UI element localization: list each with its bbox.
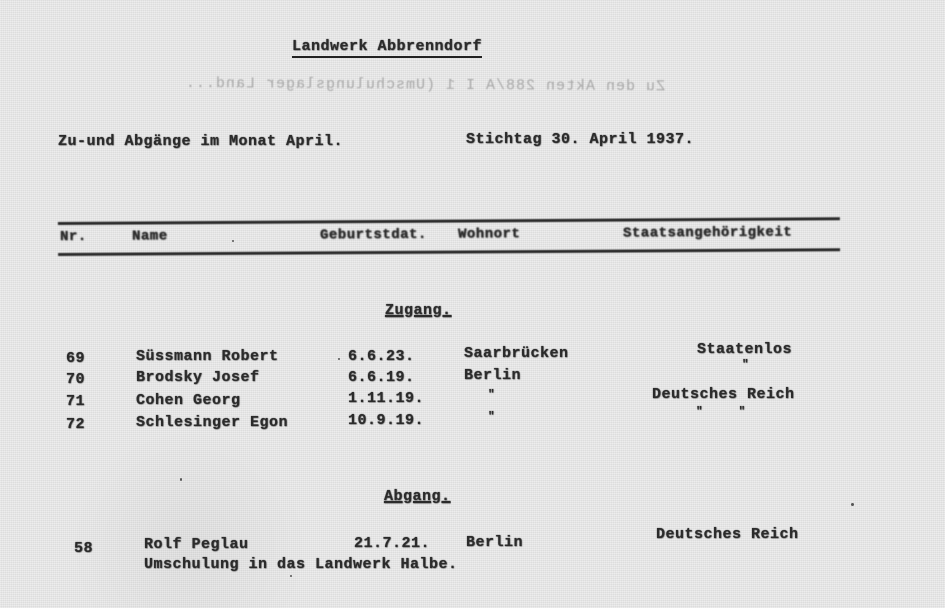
table-header: Nr. Name Geburtstdat. Wohnort Staatsange… bbox=[58, 217, 840, 256]
scan-speck bbox=[232, 240, 234, 242]
scanned-document-page: Zu den Akten 288/A I 1 (Umschulungslager… bbox=[0, 0, 945, 608]
bleed-through-text: Zu den Akten 288/A I 1 (Umschulungslager… bbox=[0, 74, 665, 96]
row-birth-date: 6.6.19. bbox=[348, 369, 415, 386]
row-birth-date: 6.6.23. bbox=[348, 348, 415, 365]
row-nr: 58 bbox=[74, 540, 93, 557]
row-birth-date: 10.9.19. bbox=[348, 412, 424, 429]
row-name: Süssmann Robert bbox=[136, 348, 279, 365]
row-citizenship: " bbox=[742, 359, 749, 371]
row-nr: 71 bbox=[66, 393, 85, 410]
header-birth-date: Geburtstdat. bbox=[320, 227, 427, 244]
scan-speck bbox=[290, 575, 292, 577]
row-citizenship: Deutsches Reich bbox=[652, 386, 795, 403]
subheading-movements: Zu-und Abgänge im Monat April. bbox=[58, 133, 343, 150]
row-citizenship: Staatenlos bbox=[697, 341, 792, 358]
header-residence: Wohnort bbox=[458, 226, 520, 242]
header-citizenship: Staatsangehörigkeit bbox=[623, 225, 792, 242]
subheading-reference-date: Stichtag 30. April 1937. bbox=[466, 131, 694, 148]
row-citizenship: " " bbox=[696, 406, 746, 418]
row-citizenship: Deutsches Reich bbox=[656, 526, 799, 543]
scan-speck bbox=[851, 503, 854, 506]
row-birth-date: 1.11.19. bbox=[348, 390, 424, 407]
row-name: Rolf Peglau bbox=[144, 536, 249, 553]
header-name: Name bbox=[132, 228, 168, 244]
row-nr: 72 bbox=[66, 416, 85, 433]
row-nr: 70 bbox=[66, 371, 85, 388]
row-residence: Saarbrücken bbox=[464, 345, 569, 362]
section-label-arrivals: Zugang. bbox=[385, 302, 452, 319]
document-title: Landwerk Abbrenndorf bbox=[292, 38, 482, 58]
row-residence: Berlin bbox=[464, 367, 521, 384]
row-nr: 69 bbox=[66, 350, 85, 367]
row-residence: " bbox=[488, 411, 495, 423]
row-residence: Berlin bbox=[466, 534, 523, 551]
section-label-departures: Abgang. bbox=[384, 488, 451, 505]
scan-speck bbox=[338, 358, 340, 360]
row-residence: " bbox=[488, 389, 495, 401]
scan-speck bbox=[180, 478, 182, 481]
row-birth-date: 21.7.21. bbox=[354, 535, 430, 552]
row-name: Brodsky Josef bbox=[136, 369, 260, 386]
row-note: Umschulung in das Landwerk Halbe. bbox=[144, 556, 458, 573]
row-name: Cohen Georg bbox=[136, 392, 241, 409]
header-nr: Nr. bbox=[60, 229, 87, 245]
row-name: Schlesinger Egon bbox=[136, 414, 288, 431]
